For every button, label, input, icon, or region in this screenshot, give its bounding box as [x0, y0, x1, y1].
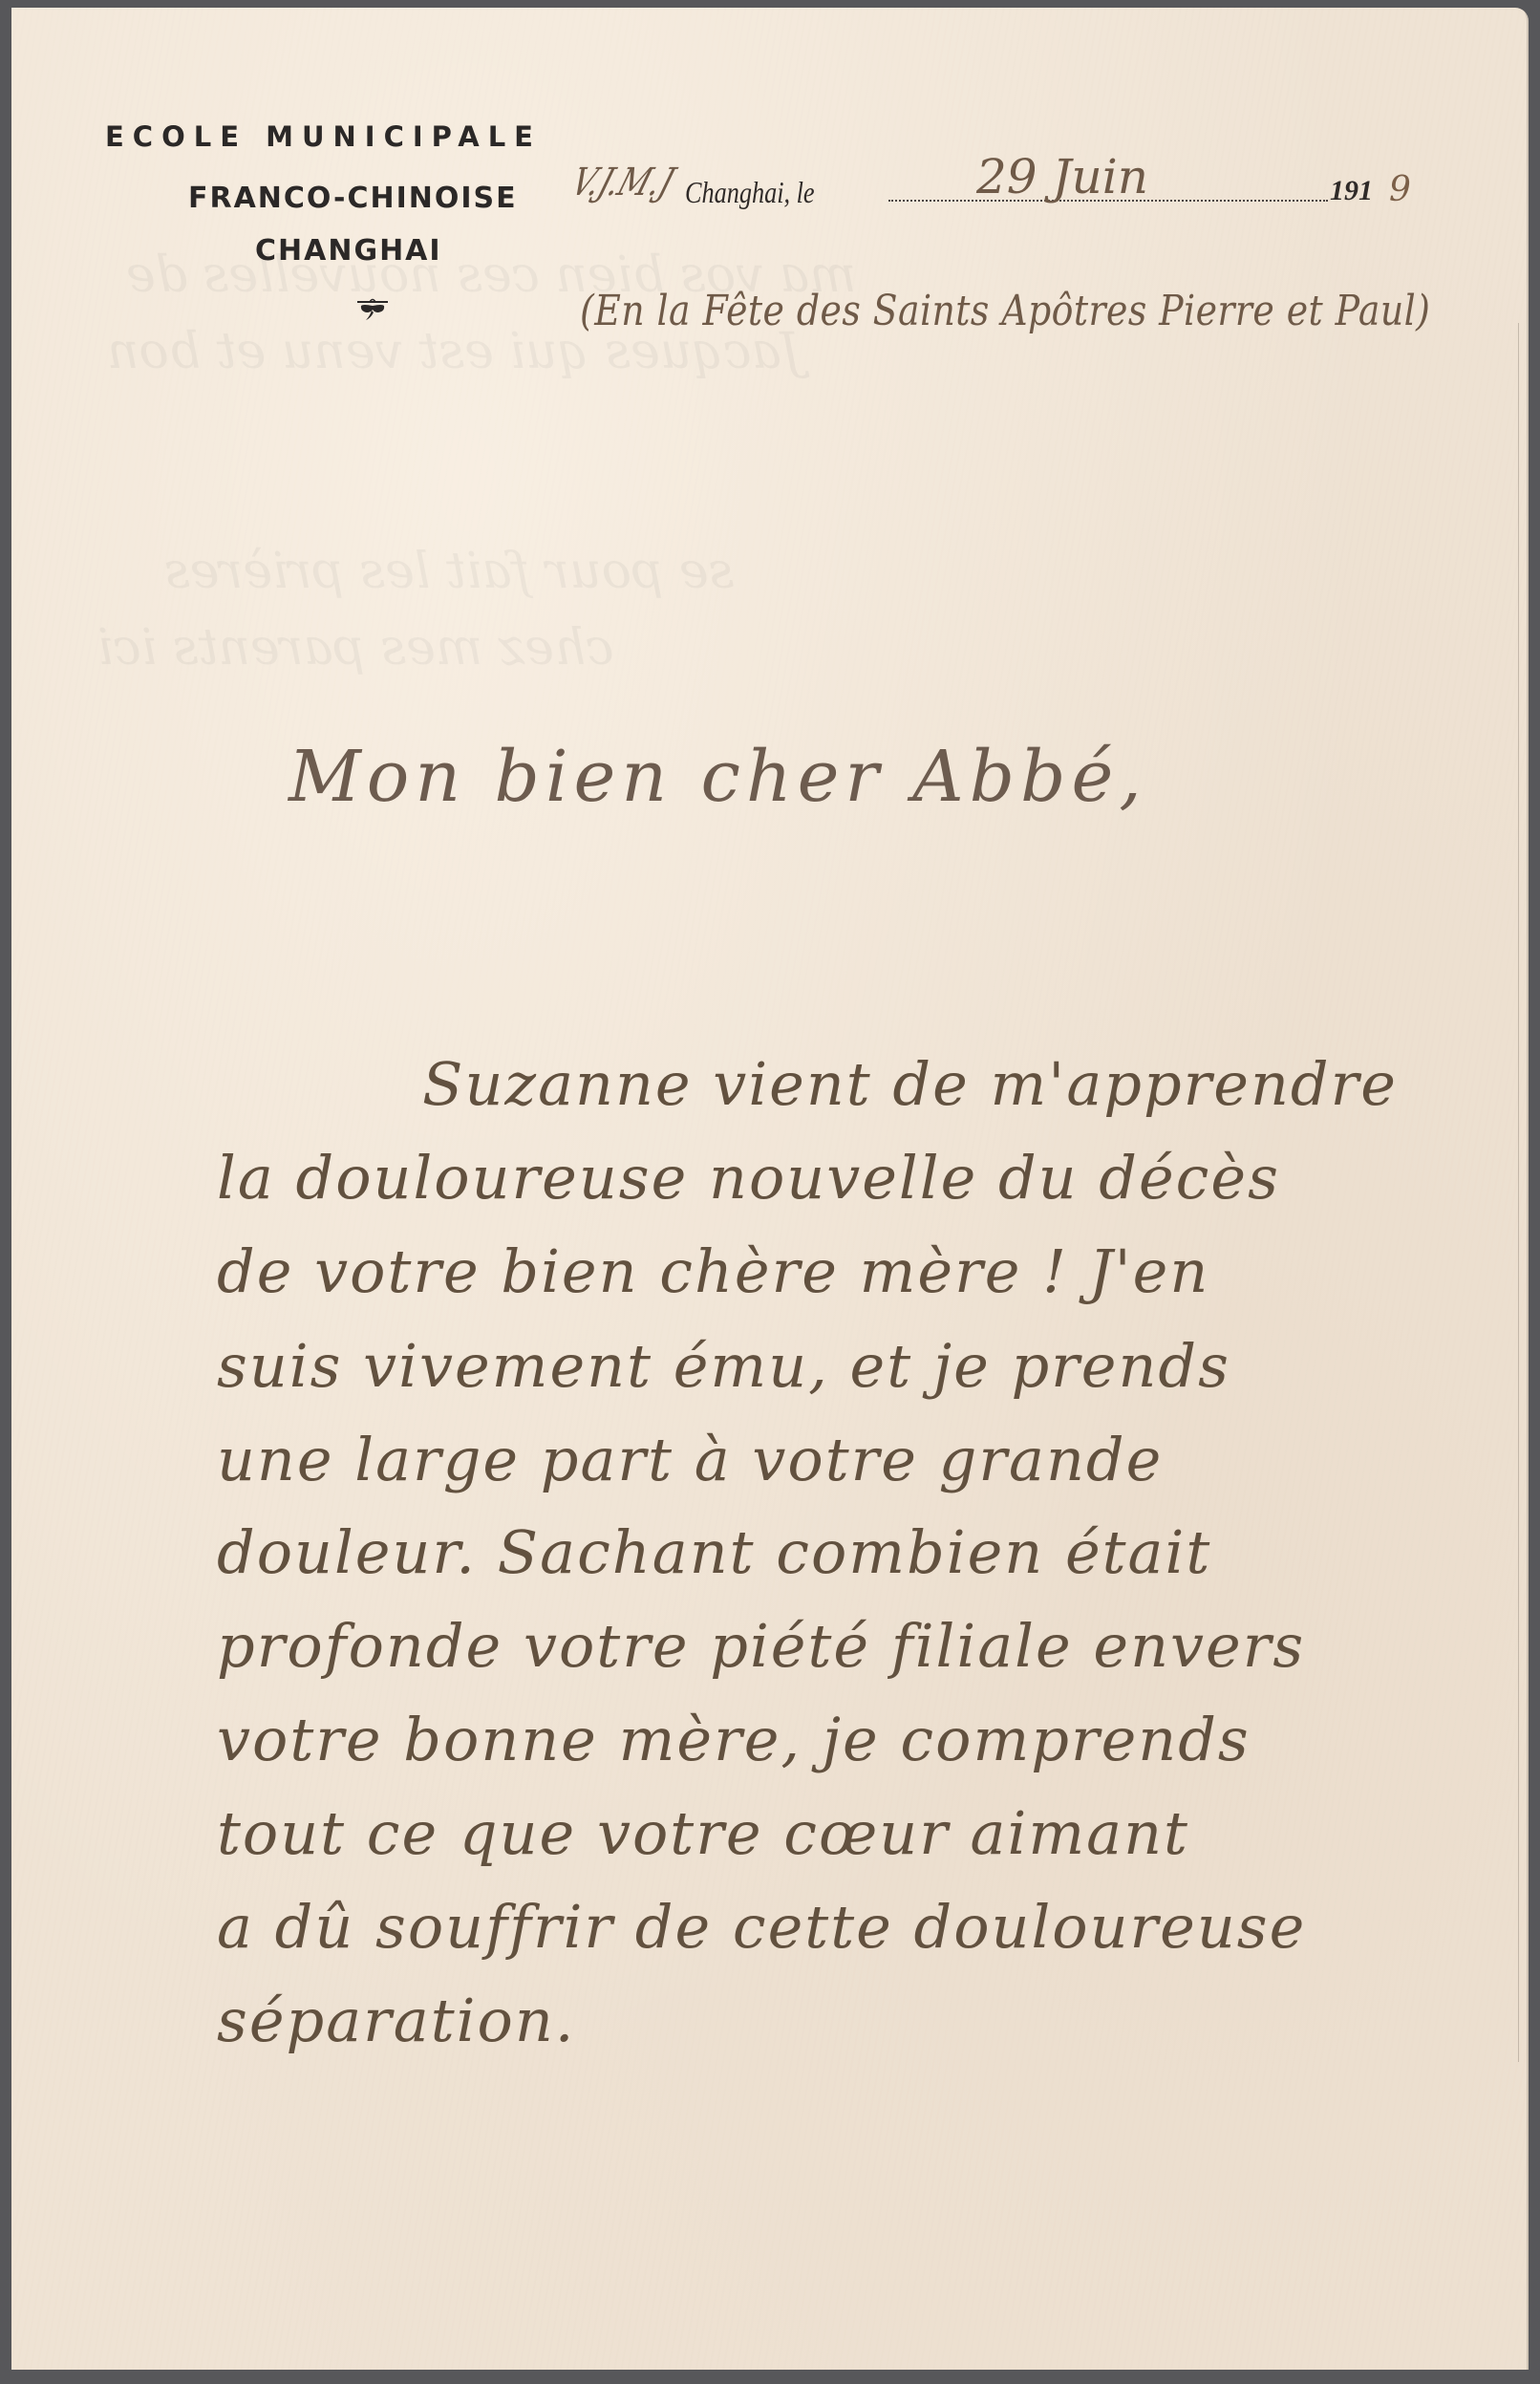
letterhead-school-name: ECOLE MUNICIPALE: [105, 120, 542, 153]
handwritten-date: 29 Juin: [976, 149, 1148, 204]
body-line: profonde votre piété filiale envers: [217, 1611, 1305, 1681]
body-line: séparation.: [217, 1986, 575, 2055]
handwritten-monogram: V.J.M.J: [567, 161, 680, 204]
body-line: Suzanne vient de m'apprendre: [422, 1049, 1398, 1119]
body-line: votre bonne mère, je comprends: [217, 1705, 1251, 1774]
letterhead-city: CHANGHAI: [255, 234, 442, 268]
body-line: de votre bien chère mère ! J'en: [217, 1236, 1209, 1306]
printed-place-label: Changhai, le: [685, 175, 815, 210]
body-line: a dû souffrir de cette douloureuse: [217, 1892, 1306, 1962]
paper-edge-line: [1518, 323, 1519, 2062]
feast-day-note: (En la Fête des Saints Apôtres Pierre et…: [580, 287, 1430, 335]
bleed-through-text: chez mes parents ici: [97, 619, 614, 677]
letterhead-school-type: FRANCO-CHINOISE: [188, 182, 518, 215]
body-line: tout ce que votre cœur aimant: [217, 1798, 1189, 1868]
printed-year-prefix: 191: [1330, 175, 1373, 207]
body-line: douleur. Sachant combien était: [217, 1517, 1211, 1587]
letter-sheet: ma vos bien ces nouvelles de Jacques qui…: [11, 8, 1529, 2370]
body-line: suis vivement ému, et je prends: [217, 1331, 1230, 1401]
fleuron-ornament-icon: [355, 297, 390, 322]
handwritten-year-digit: 9: [1389, 170, 1411, 209]
salutation: Mon bien cher Abbé,: [289, 736, 1147, 818]
body-line: une large part à votre grande: [217, 1425, 1163, 1494]
body-line: la douloureuse nouvelle du décès: [217, 1143, 1280, 1213]
bleed-through-text: se pour fait les prières: [164, 543, 734, 600]
